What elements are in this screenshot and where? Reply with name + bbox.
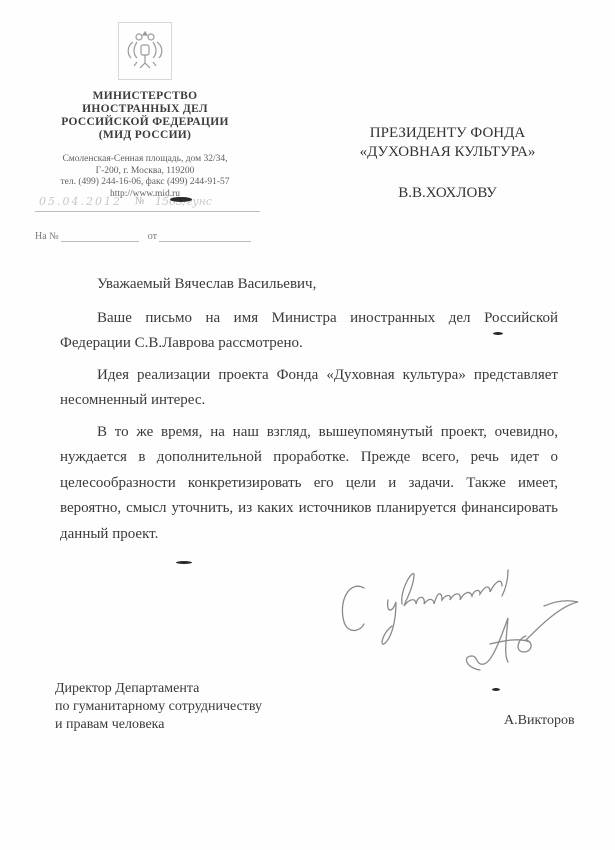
reference-date-blank [159,241,251,242]
recipient-name: В.В.ХОХЛОВУ [325,184,570,203]
ink-blot [170,197,192,202]
ministry-name: МИНИСТЕРСТВО ИНОСТРАННЫХ ДЕЛ РОССИЙСКОЙ … [20,90,270,142]
body-paragraph: В то же время, на наш взгляд, вышеупомян… [60,420,558,548]
ministry-line: МИНИСТЕРСТВО [20,90,270,103]
signature-icon: С уважением, [330,560,590,675]
signatory-name: А.Викторов [504,713,575,729]
signatory-title-line: и правам человека [55,716,262,734]
scan-speck [493,332,503,335]
reference-label: На № [35,231,59,242]
reference-number-blank [61,241,139,242]
ministry-line: РОССИЙСКОЙ ФЕДЕРАЦИИ [20,116,270,129]
recipient-block: ПРЕЗИДЕНТУ ФОНДА «ДУХОВНАЯ КУЛЬТУРА» В.В… [325,124,570,203]
ministry-line: (МИД РОССИИ) [20,129,270,142]
double-headed-eagle-icon [125,28,165,74]
scan-speck [492,688,500,691]
body-paragraph: Ваше письмо на имя Министра иностранных … [60,306,558,357]
letterhead: МИНИСТЕРСТВО ИНОСТРАННЫХ ДЕЛ РОССИЙСКОЙ … [20,14,270,200]
signatory-title: Директор Департамента по гуманитарному с… [55,680,262,734]
handwritten-signature: С уважением, [330,560,590,675]
registration-date: 05.04.2012 [39,195,122,208]
recipient-organization: «ДУХОВНАЯ КУЛЬТУРА» [325,143,570,162]
scan-speck [176,561,192,564]
signatory-title-line: Директор Департамента [55,680,262,698]
letter-body: Уважаемый Вячеслав Васильевич, Ваше пись… [60,272,558,553]
greeting: Уважаемый Вячеслав Васильевич, [60,272,558,298]
reference-line: На № от [35,231,251,242]
emblem-icon [118,22,172,80]
ministry-line: ИНОСТРАННЫХ ДЕЛ [20,103,270,116]
body-paragraph: Идея реализации проекта Фонда «Духовная … [60,363,558,414]
signatory-title-line: по гуманитарному сотрудничеству [55,698,262,716]
letter-page: МИНИСТЕРСТВО ИНОСТРАННЫХ ДЕЛ РОССИЙСКОЙ … [0,0,615,850]
address-line: Г-200, г. Москва, 119200 [20,166,270,178]
address-line: Смоленская-Сенная площадь, дом 32/34, [20,154,270,166]
phone-fax-line: тел. (499) 244-16-06, факс (499) 244-91-… [20,177,270,189]
registration-line: 05.04.2012 № 1563/гунс [35,193,260,212]
registration-number-label: № [135,196,144,207]
recipient-title: ПРЕЗИДЕНТУ ФОНДА [325,124,570,143]
reference-from-label: от [148,231,157,242]
